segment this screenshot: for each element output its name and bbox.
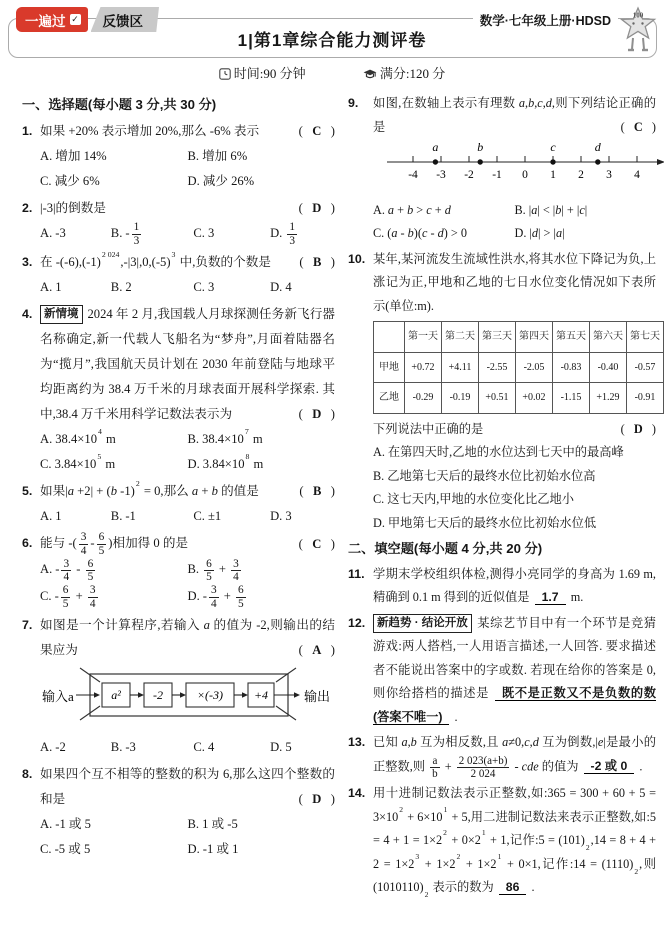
printed-answer: D	[296, 402, 335, 427]
option: B.38.4×107 m	[188, 427, 336, 452]
option-list: A.38.4×104 mB.38.4×107 mC.3.84×105 mD.3.…	[40, 427, 335, 477]
option-body: 38.4×107 m	[202, 432, 263, 446]
program-flowchart: 输入aa²-2×(-3)+4输出	[42, 666, 334, 724]
score-meta: 满分:120 分	[363, 66, 445, 81]
text-run: + 1×2	[420, 857, 455, 871]
option-body: 甲地第七天后的最终水位比初始水位低	[388, 516, 596, 530]
flowchart-step: -2	[153, 688, 163, 702]
option-label: C.	[40, 457, 52, 471]
text-run: 互为倒数,|	[539, 735, 598, 749]
question: 3.在 -(-6),(-1)2 024,-|3|,0,(-5)3 中,负数的个数…	[22, 250, 335, 300]
option: A.增加 14%	[40, 144, 188, 169]
option-list: A.-34 - 65B.65 + 34C.-65 + 34D.-34 + 65	[40, 557, 335, 610]
option-label: D.	[515, 226, 527, 240]
superscript: 2	[443, 828, 447, 837]
table-cell: -2.55	[479, 352, 516, 383]
question-number: 6.	[22, 531, 32, 556]
option-body: ±1	[208, 509, 221, 523]
table-cell: +1.29	[590, 383, 627, 414]
text-run: 学期末学校组织体检,测得小亮同学的身高为 1.69 m,精确到 0.1 m 得到…	[373, 567, 656, 605]
section-title: 一、选择题(每小题 3 分,共 30 分)	[22, 92, 335, 117]
text-run: 增加 6%	[202, 149, 247, 163]
fraction: 65	[86, 558, 96, 584]
text-run: 这七天内,甲地的水位变化比乙地小	[387, 492, 574, 506]
fraction-denominator: 3	[287, 235, 297, 248]
option: C.±1	[193, 504, 270, 529]
clock-icon	[219, 68, 231, 80]
left-column: 一、选择题(每小题 3 分,共 30 分)1.如果 +20% 表示增加 20%,…	[22, 92, 335, 944]
text-run: 的值是	[218, 484, 259, 498]
question-number: 8.	[22, 762, 32, 787]
fraction-numerator: 2 023(a+b)	[457, 755, 510, 768]
option-label: A.	[40, 562, 52, 576]
mascot-score: 100	[633, 12, 644, 20]
option-body: -1	[125, 509, 136, 523]
text-run: -	[397, 226, 407, 240]
question-stem: 新情境2024 年 2 月,我国载人月球探测任务新飞行器名称确定,新一代载人飞船…	[40, 302, 335, 427]
option-body: 3	[285, 509, 291, 523]
exam-body: 一、选择题(每小题 3 分,共 30 分)1.如果 +20% 表示增加 20%,…	[0, 90, 664, 944]
option-body: -2	[55, 740, 66, 754]
option-label: C.	[40, 842, 52, 856]
fraction-denominator: 4	[209, 598, 219, 611]
option-label: A.	[40, 280, 52, 294]
text-run: + 6×10	[404, 810, 442, 824]
text-run: -	[73, 562, 84, 576]
option-body: 5	[285, 740, 291, 754]
question-stem: 某年,某河流发生流域性洪水,将其水位下降记为负,上涨记为正,甲地和乙地的七日水位…	[373, 248, 656, 319]
option: D.减少 26%	[188, 169, 336, 194]
text-run: 3.84×10	[203, 457, 245, 471]
question: 5.如果|a +2| + (b -1)2 = 0,那么 a + b 的值是BA.…	[22, 479, 335, 529]
option-label: C.	[193, 226, 205, 240]
table-cell: -0.91	[627, 383, 664, 414]
option-list: A.在第四天时,乙地的水位达到七天中的最高峰B.乙地第七天后的最终水位比初始水位…	[373, 441, 656, 535]
fraction-numerator: 3	[209, 584, 219, 598]
tick-label: 0	[522, 169, 528, 181]
column-header: 第二天	[442, 322, 479, 353]
option-label: D.	[270, 740, 282, 754]
option-body: -5 或 5	[55, 842, 91, 856]
option-body: 在第四天时,乙地的水位达到七天中的最高峰	[388, 445, 624, 459]
option-body: a + b > c + d	[388, 203, 451, 217]
table-cell: -1.15	[553, 383, 590, 414]
option: B.2	[111, 275, 194, 300]
superscript: 7	[245, 427, 249, 436]
option: C.4	[193, 735, 270, 760]
fraction-denominator: 5	[204, 571, 214, 584]
option: B.-13	[111, 221, 194, 248]
text-run: -3	[125, 740, 136, 754]
text-run: )(	[414, 226, 422, 240]
question-number: 4.	[22, 302, 32, 327]
text-run: -1 或 1	[203, 842, 239, 856]
text-run: 乙地第七天后的最终水位比初始水位高	[387, 469, 595, 483]
option-label: C.	[373, 226, 384, 240]
text-run: 能与 -(	[40, 536, 77, 550]
text-run: 表示的数为	[429, 880, 496, 894]
option-list: A.a + b > c + dB.|a| < |b| + |c|C.(a - b…	[373, 199, 656, 246]
question-stem: 如图,在数轴上表示有理数 a,b,c,d,则下列结论正确的是C	[373, 92, 656, 139]
printed-answer: C	[618, 116, 656, 140]
question: 13.已知 a,b 互为相反数,且 a≠0,c,d 互为倒数,|e|是最小的正整…	[348, 731, 656, 780]
option-label: A.	[40, 226, 52, 240]
superscript: 2	[456, 852, 460, 861]
printed-answer: B	[296, 479, 335, 504]
subscript: 2	[634, 867, 638, 876]
option: C.这七天内,甲地的水位变化比乙地小	[373, 488, 656, 512]
fraction-denominator: 2 024	[457, 768, 510, 780]
option-label: A.	[40, 509, 52, 523]
column-header: 第三天	[479, 322, 516, 353]
option-label: D.	[188, 589, 200, 603]
printed-answer: A	[296, 638, 335, 663]
text-run: | < |	[537, 203, 555, 217]
table-cell: +0.72	[405, 352, 442, 383]
tick-label: -2	[464, 169, 474, 181]
text-run: -	[90, 536, 94, 550]
text-run: | > |	[538, 226, 556, 240]
text-run: >	[413, 203, 426, 217]
text-run: 3	[208, 280, 214, 294]
tick-label: 1	[550, 169, 556, 181]
fraction-numerator: 6	[236, 584, 246, 598]
fraction-numerator: 6	[97, 531, 107, 545]
option-label: B.	[111, 226, 123, 240]
fraction-denominator: 4	[79, 545, 89, 558]
question-number: 11.	[348, 563, 365, 587]
table-cell: +4.11	[442, 352, 479, 383]
table-cell: -0.19	[442, 383, 479, 414]
point-label: a	[432, 142, 438, 154]
option: C.-65 + 34	[40, 584, 188, 611]
question-number: 7.	[22, 613, 32, 638]
table-row: 乙地-0.29-0.19+0.51+0.02-1.15+1.29-0.91	[374, 383, 664, 414]
fraction: 65	[236, 584, 246, 610]
text-run: 3	[285, 509, 291, 523]
option-body: 减少 26%	[203, 174, 254, 188]
text-run: .	[528, 880, 534, 894]
column-header: 第四天	[516, 322, 553, 353]
text-run: -	[511, 759, 521, 773]
text-run: 3.84×10	[55, 457, 97, 471]
fraction-numerator: 1	[287, 221, 297, 235]
option-body: 减少 6%	[55, 174, 100, 188]
question-stem: 如果|a +2| + (b -1)2 = 0,那么 a + b 的值是B	[40, 479, 335, 504]
option: A.-34 - 65	[40, 557, 188, 584]
math-var: cde	[522, 759, 539, 773]
text-run: m	[102, 457, 115, 471]
text-run: ±1	[208, 509, 221, 523]
text-run: +	[394, 203, 407, 217]
option: C.3.84×105 m	[40, 452, 188, 477]
option-label: A.	[373, 203, 385, 217]
option-label: D.	[270, 509, 282, 523]
text-run: 4	[208, 740, 214, 754]
flowchart-step: +4	[253, 688, 267, 702]
text-run: )相加得 0 的是	[108, 536, 188, 550]
text-run: = 0,那么	[141, 484, 192, 498]
option: B.|a| < |b| + |c|	[515, 199, 657, 223]
question: 7.如图是一个计算程序,若输入 a 的值为 -2,则输出的结果应为A输入aa²-…	[22, 613, 335, 760]
option-body: 1	[55, 509, 61, 523]
option: C.减少 6%	[40, 169, 188, 194]
question-number: 5.	[22, 479, 32, 504]
text-run: 3	[208, 226, 214, 240]
flowchart-output-label: 输出	[304, 689, 330, 704]
option-body: 增加 14%	[55, 149, 106, 163]
text-run: 1 或 -5	[202, 817, 238, 831]
text-run: 如果四个互不相等的整数的积为 6,那么这四个整数的和是	[40, 767, 335, 806]
question-stem: 能与 -(34-65)相加得 0 的是C	[40, 531, 335, 558]
option-body: 13	[285, 226, 299, 240]
text-run: +2| + (	[74, 484, 111, 498]
option-body: -1 或 5	[55, 817, 91, 831]
text-run: +	[216, 562, 229, 576]
section-title: 二、填空题(每小题 4 分,共 20 分)	[348, 537, 656, 561]
text-run: 4	[285, 280, 291, 294]
option-body: 1 或 -5	[202, 817, 238, 831]
text-run: + 1×2	[461, 857, 496, 871]
option-list: A.-1 或 5B.1 或 -5C.-5 或 5D.-1 或 1	[40, 812, 335, 862]
fraction: 34	[61, 558, 71, 584]
fraction: 2 023(a+b)2 024	[457, 755, 510, 781]
option-label: B.	[111, 280, 123, 294]
option-list: A.-2B.-3C.4D.5	[40, 735, 335, 760]
option-list: A.-3B.-13C.3D.13	[40, 221, 335, 248]
time-meta: 时间:90 分钟	[219, 66, 306, 81]
figure: 第一天第二天第三天第四天第五天第六天第七天甲地+0.72+4.11-2.55-2…	[373, 321, 656, 414]
fraction-numerator: 3	[231, 558, 241, 572]
text-run: -1)	[117, 484, 135, 498]
option: C.3	[193, 221, 270, 248]
option-body: 2	[125, 280, 131, 294]
fraction: 34	[88, 584, 98, 610]
question-stem: 如果 +20% 表示增加 20%,那么 -6% 表示C	[40, 119, 335, 144]
question-stem-continued: 下列说法中正确的是D	[373, 418, 656, 442]
question-number: 1.	[22, 119, 32, 144]
fraction-denominator: 5	[236, 598, 246, 611]
option-label: A.	[40, 149, 52, 163]
fraction: ab	[430, 755, 440, 781]
option: A.38.4×104 m	[40, 427, 188, 452]
fraction-denominator: 4	[231, 571, 241, 584]
table-cell: -0.57	[627, 352, 664, 383]
fraction-denominator: 4	[61, 571, 71, 584]
option-body: 4	[208, 740, 214, 754]
fraction-denominator: 5	[86, 571, 96, 584]
option-body: 1	[55, 280, 61, 294]
graduation-cap-icon	[363, 69, 377, 80]
table-cell: -0.29	[405, 383, 442, 414]
option-label: D.	[188, 842, 200, 856]
fraction-denominator: b	[430, 768, 440, 780]
point-label: c	[550, 142, 556, 154]
text-run: m	[250, 432, 263, 446]
option-label: B.	[188, 432, 200, 446]
text-run: + 1,记作:5 = (101)	[487, 833, 585, 847]
answer-blank: -2 或 0	[584, 759, 635, 774]
table-header-row: 第一天第二天第三天第四天第五天第六天第七天	[374, 322, 664, 353]
option-label: A.	[40, 817, 52, 831]
text-run: 增加 14%	[55, 149, 106, 163]
option: D.3	[270, 504, 335, 529]
option-body: |a| < |b| + |c|	[529, 203, 588, 217]
option-body: -34 + 65	[203, 589, 248, 603]
fraction-numerator: 6	[204, 558, 214, 572]
brand-label: 一遍过	[25, 10, 66, 30]
text-run: m	[103, 432, 116, 446]
superscript: 5	[97, 452, 101, 461]
fraction: 34	[79, 531, 89, 557]
option-label: D.	[373, 516, 385, 530]
tick-label: 2	[578, 169, 584, 181]
question-number: 3.	[22, 250, 32, 275]
option: D.3.84×108 m	[188, 452, 336, 477]
full-score-label: 满分:120 分	[380, 66, 445, 81]
option-label: C.	[193, 740, 205, 754]
option-list: A.1B.2C.3D.4	[40, 275, 335, 300]
text-run: .	[636, 759, 642, 773]
question-stem: 用十进制记数法表示正整数,如:365 = 300 + 60 + 5 = 3×10…	[373, 782, 656, 900]
option: D.13	[270, 221, 335, 248]
text-run: |-3|的倒数是	[40, 201, 106, 215]
column-header: 第一天	[405, 322, 442, 353]
text-run: 38.4×10	[202, 432, 244, 446]
printed-answer: D	[618, 418, 656, 442]
question-stem: 新趋势 · 结论开放某综艺节目中有一个环节是竞猜游戏:两人搭档,一人用语言描述,…	[373, 612, 656, 730]
option-body: 增加 6%	[202, 149, 247, 163]
text-run: -2	[55, 740, 66, 754]
text-run: ) > 0	[444, 226, 467, 240]
flowchart-step: a²	[111, 688, 121, 702]
flowchart-input-label: 输入a	[42, 689, 74, 704]
option-body: 38.4×104 m	[55, 432, 116, 446]
question: 9.如图,在数轴上表示有理数 a,b,c,d,则下列结论正确的是C-4-3-2-…	[348, 92, 656, 246]
option-label: B.	[188, 817, 200, 831]
feedback-zone-tab: 反馈区	[91, 7, 160, 32]
option: B.乙地第七天后的最终水位比初始水位高	[373, 465, 656, 489]
superscript: 8	[246, 452, 250, 461]
text-run: 下列说法中正确的是	[373, 422, 483, 436]
table-row: 甲地+0.72+4.11-2.55-2.05-0.83-0.40-0.57	[374, 352, 664, 383]
option: D.|d| > |a|	[515, 222, 657, 246]
right-column: 9.如图,在数轴上表示有理数 a,b,c,d,则下列结论正确的是C-4-3-2-…	[348, 92, 656, 944]
fraction-numerator: 3	[79, 531, 89, 545]
printed-answer: B	[296, 250, 335, 275]
text-run: 如果|	[40, 484, 68, 498]
option-body: -3	[125, 740, 136, 754]
option-body: 3.84×108 m	[203, 457, 264, 471]
option: A.-1 或 5	[40, 812, 188, 837]
superscript: 2	[399, 805, 403, 814]
question-stem: 如果四个互不相等的整数的积为 6,那么这四个整数的和是D	[40, 762, 335, 812]
question-number: 2.	[22, 196, 32, 221]
option-body: |d| > |a|	[529, 226, 564, 240]
answer-blank: 86	[499, 880, 527, 895]
option-body: 4	[285, 280, 291, 294]
option: A.1	[40, 504, 111, 529]
option-body: 3	[208, 280, 214, 294]
question-stem: 在 -(-6),(-1)2 024,-|3|,0,(-5)3 中,负数的个数是B	[40, 250, 335, 275]
text-run: 如果 +20% 表示增加 20%,那么 -6% 表示	[40, 124, 259, 138]
text-run: 某年,某河流发生流域性洪水,将其水位下降记为负,上涨记为正,甲地和乙地的七日水位…	[373, 252, 656, 313]
text-run: -3	[55, 226, 66, 240]
text-run: 甲地第七天后的最终水位比初始水位低	[388, 516, 596, 530]
point-label: d	[595, 142, 602, 154]
option: C.3	[193, 275, 270, 300]
option-label: D.	[270, 280, 282, 294]
column-header	[374, 322, 405, 353]
option-label: C.	[40, 589, 52, 603]
fraction-denominator: 5	[97, 545, 107, 558]
column-header: 第六天	[590, 322, 627, 353]
option: A.a + b > c + d	[373, 199, 515, 223]
printed-answer: D	[296, 196, 335, 221]
subscript: 2	[425, 890, 429, 899]
water-level-table: 第一天第二天第三天第四天第五天第六天第七天甲地+0.72+4.11-2.55-2…	[373, 321, 664, 414]
table-cell: -2.05	[516, 352, 553, 383]
option-label: A.	[40, 740, 52, 754]
option-label: C.	[40, 174, 52, 188]
text-run: 1	[55, 280, 61, 294]
topic-badge: 新趋势 · 结论开放	[373, 614, 472, 633]
exam-meta: 时间:90 分钟 满分:120 分	[0, 63, 664, 82]
option-label: D.	[188, 174, 200, 188]
superscript: 4	[98, 427, 102, 436]
question: 10.某年,某河流发生流域性洪水,将其水位下降记为负,上涨记为正,甲地和乙地的七…	[348, 248, 656, 536]
text-run: +	[198, 484, 211, 498]
question: 11.学期末学校组织体检,测得小亮同学的身高为 1.69 m,精确到 0.1 m…	[348, 563, 656, 610]
superscript: 1	[498, 852, 502, 861]
option-body: -65 + 34	[55, 589, 100, 603]
superscript: 3	[172, 250, 176, 259]
text-run: +	[72, 589, 85, 603]
question-stem: 学期末学校组织体检,测得小亮同学的身高为 1.69 m,精确到 0.1 m 得到…	[373, 563, 656, 610]
question-stem: |-3|的倒数是D	[40, 196, 335, 221]
text-run: ≠0,	[508, 735, 524, 749]
text-run: 减少 6%	[55, 174, 100, 188]
text-run: m.	[568, 590, 584, 604]
text-run: ,-|3|,0,(-5)	[120, 255, 170, 269]
option: C.(a - b)(c - d) > 0	[373, 222, 515, 246]
check-icon: ✓	[70, 14, 81, 25]
printed-answer: D	[296, 787, 335, 812]
tick-label: 4	[634, 169, 640, 181]
tick-label: 3	[606, 169, 612, 181]
text-run: | + |	[561, 203, 579, 217]
option: D.-1 或 1	[188, 837, 336, 862]
page-header: 一遍过 ✓ 反馈区 1|第1章综合能力测评卷 数学·七年级上册·HDSD 100…	[0, 0, 664, 90]
text-run: -	[125, 226, 129, 240]
option: A.在第四天时,乙地的水位达到七天中的最高峰	[373, 441, 656, 465]
option: A.1	[40, 275, 111, 300]
option: B.-1	[111, 504, 194, 529]
text-run: m	[250, 457, 263, 471]
text-run: -	[55, 589, 59, 603]
point-label: b	[477, 142, 483, 154]
math-var: d	[445, 203, 451, 217]
option: A.-3	[40, 221, 111, 248]
question-number: 12.	[348, 612, 365, 636]
option: D.5	[270, 735, 335, 760]
option-label: B.	[111, 740, 123, 754]
option-body: 这七天内,甲地的水位变化比乙地小	[387, 492, 574, 506]
option-label: B.	[188, 149, 200, 163]
option-body: (a - b)(c - d) > 0	[387, 226, 467, 240]
fraction: 65	[97, 531, 107, 557]
text-run: 2	[125, 280, 131, 294]
